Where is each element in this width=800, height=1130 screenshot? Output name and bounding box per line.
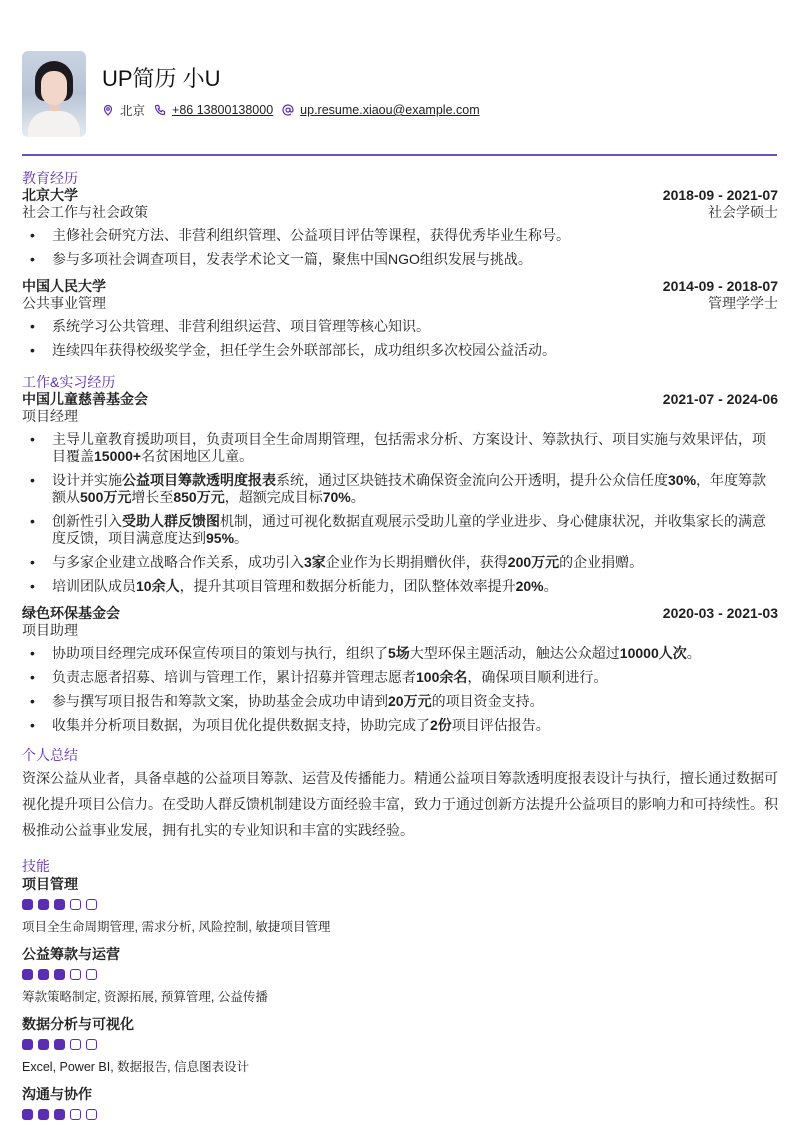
highlight-text: 850万元 <box>173 489 224 505</box>
highlight-text: 受助人群反馈图 <box>122 513 220 529</box>
bullet-list: 系统学习公共管理、非营利组织运营、项目管理等核心知识。 连续四年获得校级奖学金，… <box>22 318 778 359</box>
highlight-text: 3家 <box>304 554 326 570</box>
rating-filled-icon <box>54 969 65 980</box>
skill-level-rating <box>22 969 778 981</box>
highlight-text: 70% <box>323 489 351 505</box>
skills-section: 技能 项目管理 项目全生命周期管理, 需求分析, 风险控制, 敏捷项目管理 公益… <box>22 857 778 1121</box>
bullet-item: 连续四年获得校级奖学金，担任学生会外联部部长，成功组织多次校园公益活动。 <box>22 342 778 359</box>
at-sign-icon <box>282 104 294 116</box>
bullet-item: 设计并实施公益项目筹款透明度报表系统，通过区块链技术确保资金流向公开透明，提升公… <box>22 472 778 506</box>
contact-location: 北京 <box>102 101 145 119</box>
bullet-text: 名贫困地区儿童。 <box>141 448 253 464</box>
school-name: 中国人民大学 <box>22 278 106 295</box>
bullet-item: 负责志愿者招募、培训与管理工作，累计招募并管理志愿者100余名，确保项目顺利进行… <box>22 669 778 686</box>
rating-filled-icon <box>22 969 33 980</box>
bullet-text: ，超额完成目标 <box>225 489 323 505</box>
bullet-text: 培训团队成员 <box>52 578 136 594</box>
skill-level-rating <box>22 899 778 911</box>
entry-subheader: 项目经理 <box>22 408 778 425</box>
highlight-text: 200万元 <box>508 554 559 570</box>
skill-item: 数据分析与可视化 Excel, Power BI, 数据报告, 信息图表设计 <box>22 1015 778 1075</box>
skill-description: 项目全生命周期管理, 需求分析, 风险控制, 敏捷项目管理 <box>22 919 778 935</box>
bullet-text: 的项目资金支持。 <box>432 693 544 709</box>
rating-empty-icon <box>86 1109 97 1120</box>
bullet-text: 。 <box>544 578 558 594</box>
entry-date: 2014-09 - 2018-07 <box>663 278 778 295</box>
rating-empty-icon <box>70 899 81 910</box>
entry-subheader: 社会工作与社会政策 社会学硕士 <box>22 204 778 221</box>
avatar-face <box>41 71 67 105</box>
location-pin-icon <box>102 104 114 116</box>
skill-item: 公益筹款与运营 筹款策略制定, 资源拓展, 预算管理, 公益传播 <box>22 945 778 1005</box>
entry-header: 中国人民大学 2014-09 - 2018-07 <box>22 278 778 295</box>
skill-name: 项目管理 <box>22 875 778 893</box>
highlight-text: 500万元 <box>80 489 131 505</box>
phone-icon <box>154 104 166 116</box>
contact-list: 北京 +86 13800138000 up.resume.xiaou@examp… <box>102 101 489 119</box>
bullet-text: 负责志愿者招募、培训与管理工作，累计招募并管理志愿者 <box>52 669 416 685</box>
entry-header: 绿色环保基金会 2020-03 - 2021-03 <box>22 605 778 622</box>
bullet-text: 大型环保主题活动，触达公众超过 <box>410 645 620 661</box>
bullet-item: 创新性引入受助人群反馈图机制，通过可视化数据直观展示受助儿童的学业进步、身心健康… <box>22 513 778 547</box>
bullet-item: 系统学习公共管理、非营利组织运营、项目管理等核心知识。 <box>22 318 778 335</box>
candidate-name: UP简历 小U <box>102 65 489 93</box>
highlight-text: 100余名 <box>416 669 467 685</box>
entry-date: 2021-07 - 2024-06 <box>663 391 778 408</box>
highlight-text: 30% <box>668 472 696 488</box>
entry-date: 2018-09 - 2021-07 <box>663 187 778 204</box>
rating-filled-icon <box>38 899 49 910</box>
resume-header: UP简历 小U 北京 +86 13800138000 up.resume.xia… <box>22 0 778 137</box>
bullet-text: 参与撰写项目报告和筹款文案，协助基金会成功申请到 <box>52 693 388 709</box>
skill-name: 数据分析与可视化 <box>22 1015 778 1033</box>
avatar <box>22 51 86 137</box>
section-title-summary: 个人总结 <box>22 746 778 764</box>
bullet-list: 协助项目经理完成环保宣传项目的策划与执行，组织了5场大型环保主题活动，触达公众超… <box>22 645 778 734</box>
bullet-item: 主导儿童教育援助项目，负责项目全生命周期管理，包括需求分析、方案设计、筹款执行、… <box>22 431 778 465</box>
education-entry: 中国人民大学 2014-09 - 2018-07 公共事业管理 管理学学士 系统… <box>22 278 778 359</box>
bullet-item: 与多家企业建立战略合作关系，成功引入3家企业作为长期捐赠伙伴，获得200万元的企… <box>22 554 778 571</box>
bullet-text: 增长至 <box>131 489 173 505</box>
avatar-body <box>28 111 80 137</box>
bullet-text: 的企业捐赠。 <box>559 554 643 570</box>
school-name: 北京大学 <box>22 187 78 204</box>
contact-phone: +86 13800138000 <box>154 103 273 117</box>
bullet-text: 系统，通过区块链技术确保资金流向公开透明，提升公众信任度 <box>276 472 668 488</box>
rating-filled-icon <box>54 1109 65 1120</box>
bullet-item: 收集并分析项目数据，为项目优化提供数据支持，协助完成了2份项目评估报告。 <box>22 717 778 734</box>
bullet-text: 。 <box>234 530 248 546</box>
entry-header: 中国儿童慈善基金会 2021-07 - 2024-06 <box>22 391 778 408</box>
bullet-text: ，确保项目顺利进行。 <box>467 669 607 685</box>
bullet-text: 企业作为长期捐赠伙伴，获得 <box>326 554 508 570</box>
highlight-text: 10余人 <box>136 578 180 594</box>
entry-subheader: 项目助理 <box>22 622 778 639</box>
education-section: 教育经历 北京大学 2018-09 - 2021-07 社会工作与社会政策 社会… <box>22 169 778 359</box>
skill-name: 公益筹款与运营 <box>22 945 778 963</box>
highlight-text: 2份 <box>430 717 452 733</box>
highlight-text: 20% <box>516 578 544 594</box>
major: 公共事业管理 <box>22 295 106 312</box>
degree: 社会学硕士 <box>708 204 778 221</box>
rating-filled-icon <box>22 1109 33 1120</box>
bullet-item: 参与撰写项目报告和筹款文案，协助基金会成功申请到20万元的项目资金支持。 <box>22 693 778 710</box>
bullet-list: 主修社会研究方法、非营利组织管理、公益项目评估等课程，获得优秀毕业生称号。 参与… <box>22 227 778 268</box>
highlight-text: 10000人次 <box>620 645 687 661</box>
rating-filled-icon <box>38 1039 49 1050</box>
bullet-list: 主导儿童教育援助项目，负责项目全生命周期管理，包括需求分析、方案设计、筹款执行、… <box>22 431 778 595</box>
company-name: 中国儿童慈善基金会 <box>22 391 148 408</box>
rating-filled-icon <box>38 1109 49 1120</box>
contact-email: up.resume.xiaou@example.com <box>282 103 479 117</box>
entry-date: 2020-03 - 2021-03 <box>663 605 778 622</box>
bullet-text: 协助项目经理完成环保宣传项目的策划与执行，组织了 <box>52 645 388 661</box>
resume-page: UP简历 小U 北京 +86 13800138000 up.resume.xia… <box>0 0 800 1121</box>
bullet-item: 培训团队成员10余人，提升其项目管理和数据分析能力，团队整体效率提升20%。 <box>22 578 778 595</box>
highlight-text: 5场 <box>388 645 410 661</box>
rating-empty-icon <box>86 1039 97 1050</box>
work-entry: 中国儿童慈善基金会 2021-07 - 2024-06 项目经理 主导儿童教育援… <box>22 391 778 595</box>
email-link[interactable]: up.resume.xiaou@example.com <box>300 103 479 117</box>
highlight-text: 公益项目筹款透明度报表 <box>122 472 276 488</box>
highlight-text: 20万元 <box>388 693 432 709</box>
bullet-text: 收集并分析项目数据，为项目优化提供数据支持，协助完成了 <box>52 717 430 733</box>
bullet-item: 参与多项社会调查项目，发表学术论文一篇，聚焦中国NGO组织发展与挑战。 <box>22 251 778 268</box>
skill-level-rating <box>22 1039 778 1051</box>
section-title-skills: 技能 <box>22 857 778 875</box>
bullet-text: ，提升其项目管理和数据分析能力，团队整体效率提升 <box>180 578 516 594</box>
skill-name: 沟通与协作 <box>22 1085 778 1103</box>
bullet-text: 。 <box>351 489 365 505</box>
job-role: 项目助理 <box>22 622 78 639</box>
highlight-text: 15000+ <box>94 448 141 464</box>
degree: 管理学学士 <box>708 295 778 312</box>
bullet-item: 协助项目经理完成环保宣传项目的策划与执行，组织了5场大型环保主题活动，触达公众超… <box>22 645 778 662</box>
rating-filled-icon <box>22 899 33 910</box>
section-title-education: 教育经历 <box>22 169 778 187</box>
education-entry: 北京大学 2018-09 - 2021-07 社会工作与社会政策 社会学硕士 主… <box>22 187 778 268</box>
skill-level-rating <box>22 1109 778 1121</box>
rating-filled-icon <box>22 1039 33 1050</box>
bullet-text: 设计并实施 <box>52 472 122 488</box>
company-name: 绿色环保基金会 <box>22 605 120 622</box>
header-divider <box>22 154 777 156</box>
skill-description: Excel, Power BI, 数据报告, 信息图表设计 <box>22 1059 778 1075</box>
skill-item: 项目管理 项目全生命周期管理, 需求分析, 风险控制, 敏捷项目管理 <box>22 875 778 935</box>
rating-empty-icon <box>86 899 97 910</box>
bullet-text: 创新性引入 <box>52 513 122 529</box>
summary-text: 资深公益从业者，具备卓越的公益项目筹款、运营及传播能力。精通公益项目筹款透明度报… <box>22 765 778 843</box>
bullet-item: 主修社会研究方法、非营利组织管理、公益项目评估等课程，获得优秀毕业生称号。 <box>22 227 778 244</box>
job-role: 项目经理 <box>22 408 78 425</box>
work-entry: 绿色环保基金会 2020-03 - 2021-03 项目助理 协助项目经理完成环… <box>22 605 778 734</box>
rating-filled-icon <box>38 969 49 980</box>
section-title-work: 工作&实习经历 <box>22 373 778 391</box>
skill-description: 筹款策略制定, 资源拓展, 预算管理, 公益传播 <box>22 989 778 1005</box>
rating-empty-icon <box>70 1109 81 1120</box>
location-text: 北京 <box>120 101 145 119</box>
bullet-text: 与多家企业建立战略合作关系，成功引入 <box>52 554 304 570</box>
skill-item: 沟通与协作 <box>22 1085 778 1121</box>
rating-empty-icon <box>70 1039 81 1050</box>
work-section: 工作&实习经历 中国儿童慈善基金会 2021-07 - 2024-06 项目经理… <box>22 373 778 734</box>
rating-filled-icon <box>54 899 65 910</box>
bullet-text: 项目评估报告。 <box>452 717 550 733</box>
summary-section: 个人总结 资深公益从业者，具备卓越的公益项目筹款、运营及传播能力。精通公益项目筹… <box>22 746 778 843</box>
rating-filled-icon <box>54 1039 65 1050</box>
entry-subheader: 公共事业管理 管理学学士 <box>22 295 778 312</box>
major: 社会工作与社会政策 <box>22 204 148 221</box>
entry-header: 北京大学 2018-09 - 2021-07 <box>22 187 778 204</box>
bullet-text: 。 <box>687 645 701 661</box>
phone-link[interactable]: +86 13800138000 <box>172 103 273 117</box>
rating-empty-icon <box>70 969 81 980</box>
rating-empty-icon <box>86 969 97 980</box>
header-info: UP简历 小U 北京 +86 13800138000 up.resume.xia… <box>102 69 489 119</box>
highlight-text: 95% <box>206 530 234 546</box>
